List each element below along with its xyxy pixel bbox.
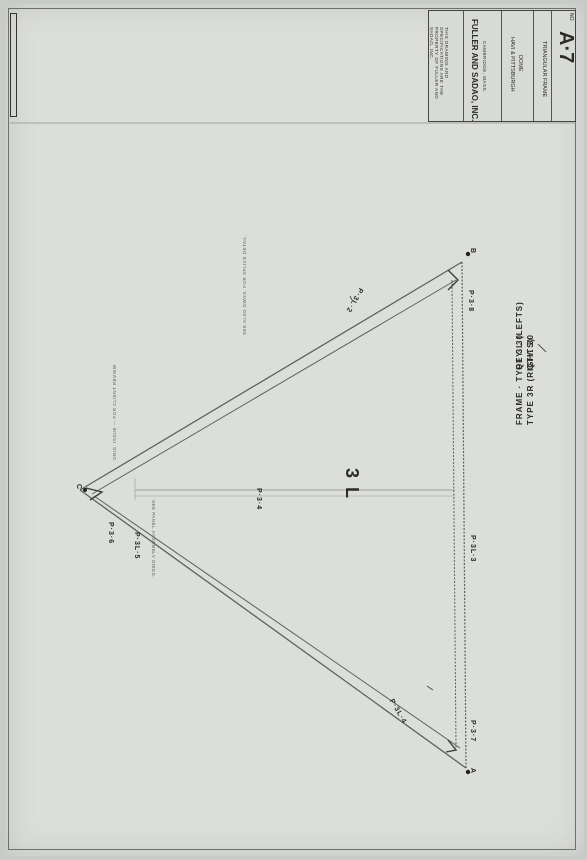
member-label: P·3·8: [467, 290, 474, 312]
member-label: P·3·4: [255, 488, 262, 510]
title-block: THIS DRAWING AND SPECIFICATIONS ARE THE …: [428, 10, 576, 122]
vertex-label-c: C: [75, 484, 82, 490]
legend-qty-right: QTY. 30: [526, 334, 535, 370]
vertex-label-b: B: [469, 248, 476, 254]
drawing-title: TRIANGULAR FRAME: [541, 41, 547, 97]
member-label: P·3·6: [107, 522, 114, 544]
triangle-frame-drawing: [0, 0, 587, 860]
vertex-label-a: A: [469, 768, 476, 774]
firm-notes: THIS DRAWING AND SPECIFICATIONS ARE THE …: [429, 27, 449, 107]
firm-location: CAMBRIDGE, MASS.: [482, 41, 487, 93]
member-label: P·3L·5: [133, 532, 140, 559]
firm-name: FULLER AND SADAO, INC.: [470, 19, 479, 121]
drawing-note: SEE ALSO DWGS. FOR SPLICE DETAIL: [242, 236, 247, 335]
drawing-note: SEE PANEL ASSEMBLY DWGS.: [151, 500, 156, 578]
drawing-note: ORIG. ISSUE — FOR CLIENT REVIEW: [112, 364, 117, 460]
member-label: P·3L·3: [469, 535, 476, 562]
legend-qty-left: QTY. 30: [515, 334, 524, 370]
project-sub: DOME: [517, 55, 523, 72]
sheet-number: A·7: [554, 31, 577, 63]
project-name: HAVI & PITTSBURGH: [509, 37, 515, 92]
sheet-prefix: NO.: [568, 13, 574, 22]
part-number-label: 3 L: [341, 468, 362, 500]
member-label: P·3·7: [469, 720, 476, 742]
